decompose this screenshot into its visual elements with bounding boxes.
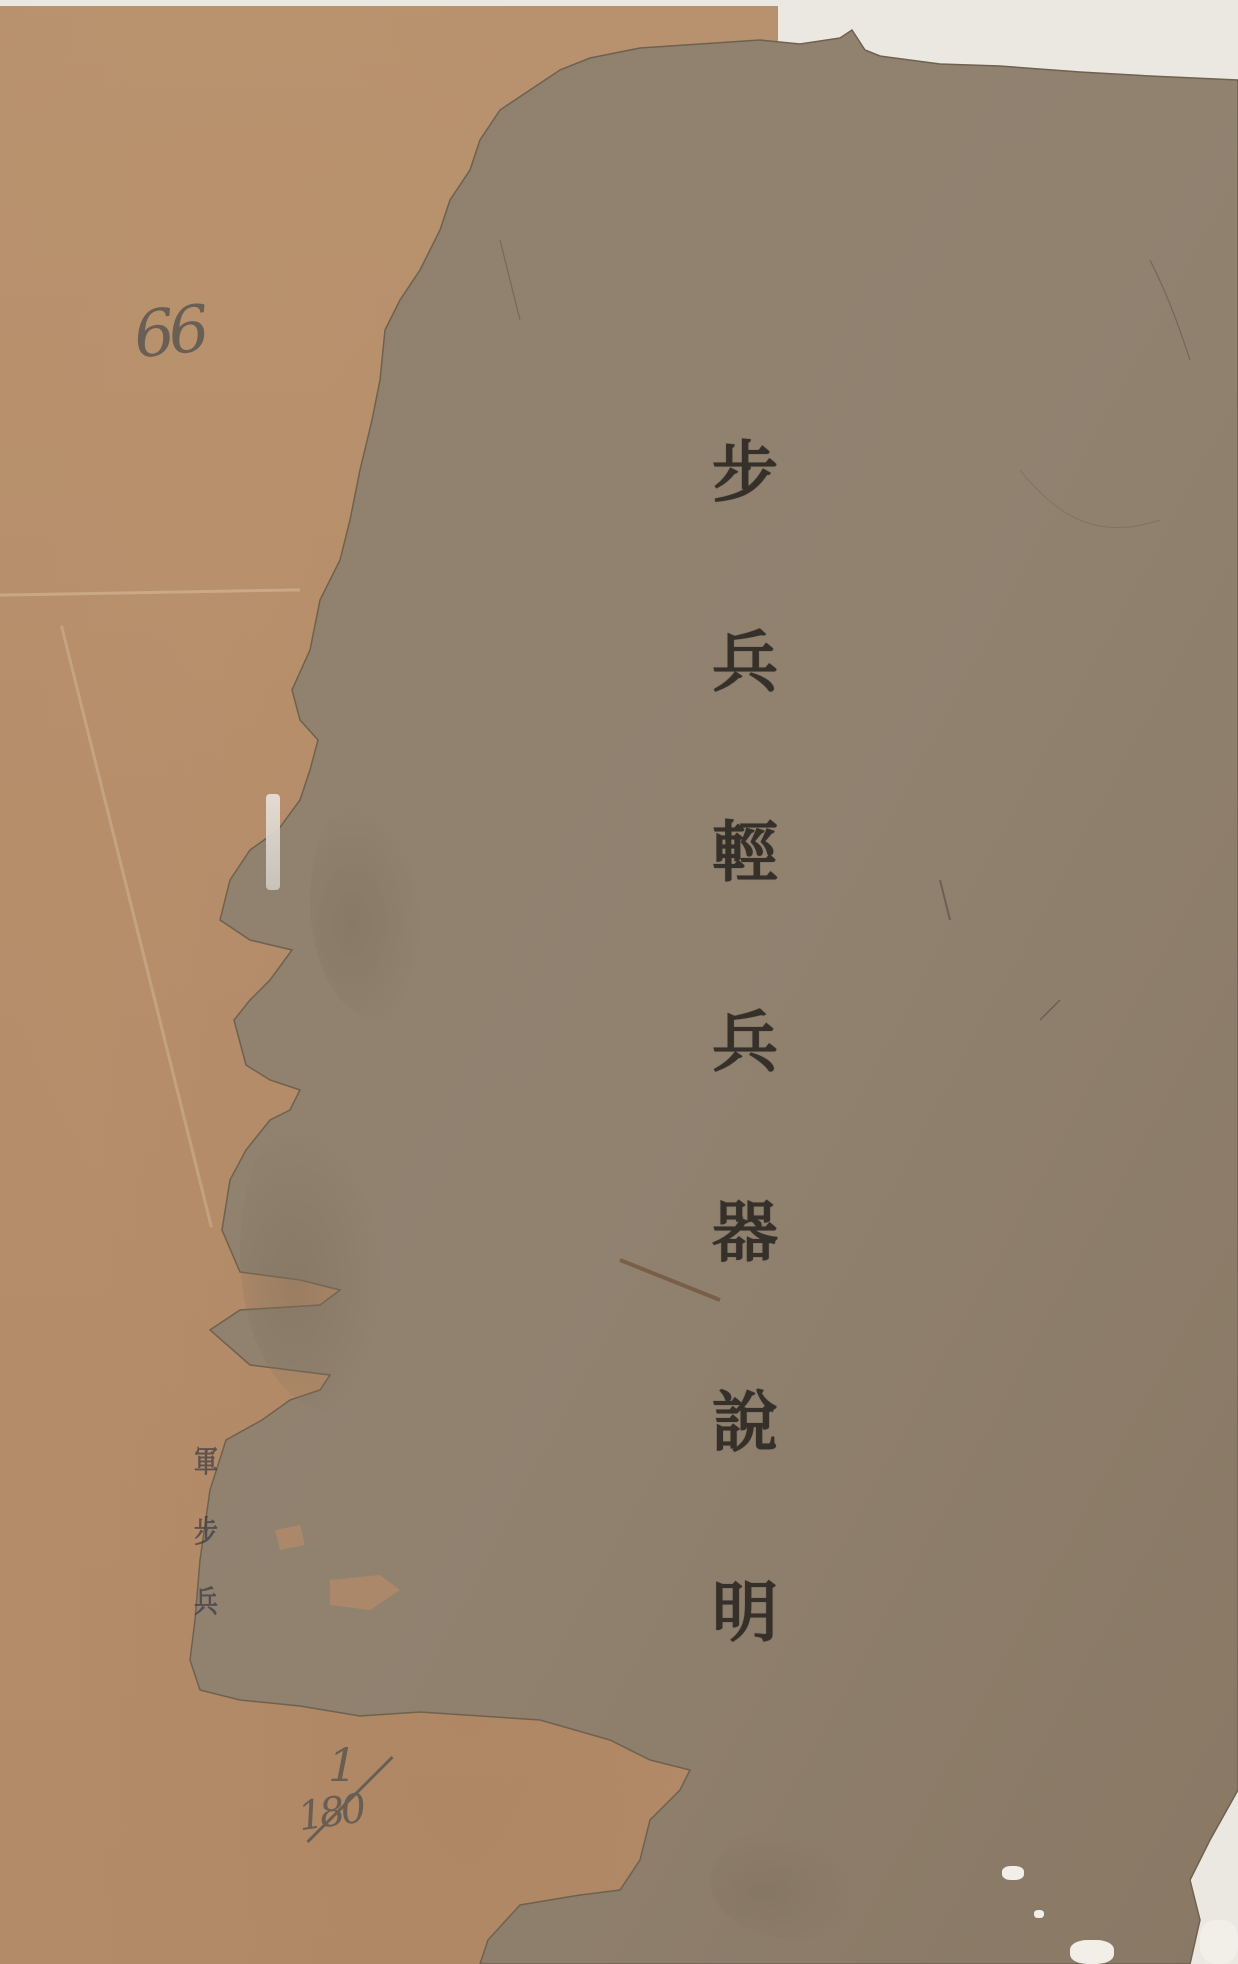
document-title: 步 兵 輕 兵 器 說 明 [690, 440, 800, 1646]
title-character: 步 [712, 440, 778, 506]
faded-character: 兵 [194, 1588, 218, 1618]
paper-hole [1002, 1866, 1024, 1880]
fraction-numerator: 1 [328, 1738, 357, 1792]
handwritten-fraction: 1 180 [288, 1738, 398, 1848]
chalk-mark [266, 794, 280, 890]
title-character: 明 [712, 1580, 778, 1646]
title-character: 說 [712, 1390, 778, 1456]
fraction-denominator: 180 [295, 1786, 365, 1841]
title-character: 輕 [712, 820, 778, 886]
handwritten-number: 66 [130, 293, 207, 374]
title-character: 器 [712, 1200, 778, 1266]
title-character: 兵 [712, 1010, 778, 1076]
paper-hole [1034, 1910, 1044, 1918]
paper-hole [1200, 1920, 1238, 1964]
faded-edge-text: 軍 步 兵 [188, 1448, 224, 1658]
faded-character: 軍 [194, 1448, 218, 1478]
faded-character: 步 [194, 1518, 218, 1548]
paper-hole [1070, 1940, 1114, 1964]
title-character: 兵 [712, 630, 778, 696]
